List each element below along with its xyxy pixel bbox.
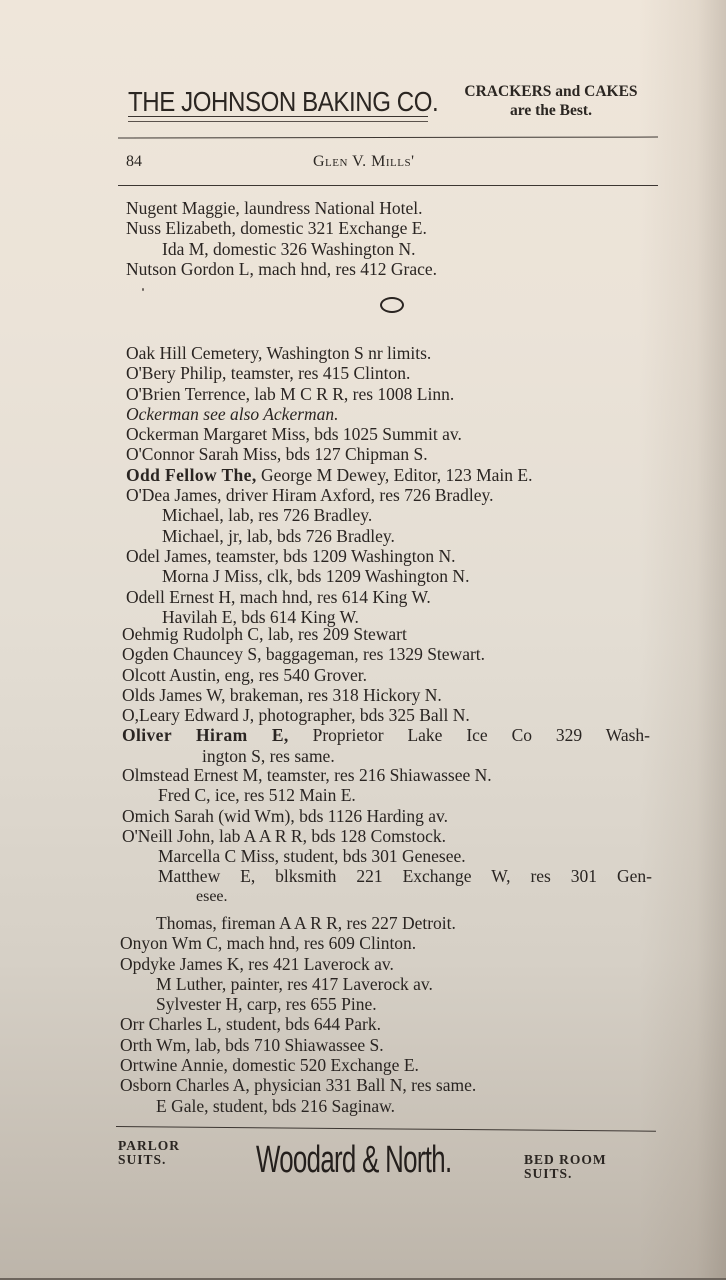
directory-entry: Michael, jr, lab, bds 726 Bradley. [126,526,666,546]
directory-entry: Opdyke James K, res 421 Laverock av. [120,954,660,974]
directory-entry: O'Brien Terrence, lab M C R R, res 1008 … [126,384,666,404]
directory-entry: Onyon Wm C, mach hnd, res 609 Clinton. [120,933,660,953]
directory-entry: Thomas, fireman A A R R, res 227 Detroit… [120,913,660,933]
directory-entry: Michael, lab, res 726 Bradley. [126,505,666,525]
right-label-line-2: SUITS. [524,1167,607,1181]
ornamental-underline [128,116,428,122]
directory-entries-o-continued: Oehmig Rudolph C, lab, res 209 Stewart O… [122,624,662,766]
directory-entry-bold: Odd Fellow The, George M Dewey, Editor, … [126,465,666,485]
directory-entry: Nutson Gordon L, mach hnd, res 412 Grace… [126,259,666,279]
right-label-line-1: BED ROOM [524,1153,607,1167]
header-divider-rule [118,137,658,139]
directory-entry: O'Bery Philip, teamster, res 415 Clinton… [126,363,666,383]
directory-entry: Oehmig Rudolph C, lab, res 209 Stewart [122,624,662,644]
entry-text: George M Dewey, Editor, 123 Main E. [257,465,533,485]
directory-entry: Oak Hill Cemetery, Washington S nr limit… [126,343,666,363]
directory-entry: O'Connor Sarah Miss, bds 127 Chipman S. [126,444,666,464]
directory-entry: Osborn Charles A, physician 331 Ball N, … [120,1075,660,1095]
running-head: 84 Glen V. Mills' [126,153,656,175]
entry-bold-name: Odd Fellow The, [126,465,257,485]
directory-entry: E Gale, student, bds 216 Saginaw. [120,1096,660,1116]
directory-entries-o-continued-3: Thomas, fireman A A R R, res 227 Detroit… [120,913,660,1116]
directory-entry: Ockerman Margaret Miss, bds 1025 Summit … [126,424,666,444]
footer-advertisement: PARLOR SUITS. Woodard & North. BED ROOM … [118,1137,658,1187]
directory-entry: Orr Charles L, student, bds 644 Park. [120,1014,660,1034]
directory-entry: O'Neill John, lab A A R R, bds 128 Comst… [122,826,662,846]
directory-entry: Odell Ernest H, mach hnd, res 614 King W… [126,587,666,607]
directory-entry: Omich Sarah (wid Wm), bds 1126 Harding a… [122,806,662,826]
slogan-line-1: CRACKERS and CAKES [441,82,661,101]
left-label-line-1: PARLOR [118,1139,180,1153]
page-number: 84 [126,153,142,171]
directory-entry-continuation: ington S, res same. [122,746,662,766]
directory-entry: Orth Wm, lab, bds 710 Shiawassee S. [120,1035,660,1055]
running-head-divider-rule [118,185,658,186]
directory-entry: Ida M, domestic 326 Washington N. [126,239,666,259]
directory-entries-o: Oak Hill Cemetery, Washington S nr limit… [126,343,666,627]
directory-entry: Morna J Miss, clk, bds 1209 Washington N… [126,566,666,586]
header-advertisement: THE JOHNSON BAKING CO. CRACKERS and CAKE… [128,80,660,132]
slogan-line-2: are the Best. [441,101,661,120]
directory-entry: Matthew E, blksmith 221 Exchange W, res … [122,866,652,886]
parlor-suits-label: PARLOR SUITS. [118,1139,180,1167]
print-speck [142,288,144,291]
directory-entry: Ogden Chauncey S, baggageman, res 1329 S… [122,644,662,664]
advertiser-name: THE JOHNSON BAKING CO. [128,86,438,118]
directory-entry-continuation: esee. [122,887,662,907]
directory-entry-bold: Oliver Hiram E, Proprietor Lake Ice Co 3… [122,725,650,745]
directory-entry: Marcella C Miss, student, bds 301 Genese… [122,846,662,866]
left-label-line-2: SUITS. [118,1153,180,1167]
directory-entries-n: Nugent Maggie, laundress National Hotel.… [126,198,666,359]
cross-reference-entry: Ockerman see also Ackerman. [126,404,666,424]
directory-entry: O'Dea James, driver Hiram Axford, res 72… [126,485,666,505]
directory-entry: Nuss Elizabeth, domestic 321 Exchange E. [126,218,666,238]
running-head-title: Glen V. Mills' [313,153,414,171]
section-letter-o: O [380,297,404,313]
directory-entry: Nugent Maggie, laundress National Hotel. [126,198,666,218]
advertiser-brand: Woodard & North. [256,1137,451,1183]
footer-divider-rule [116,1126,656,1132]
directory-entry: Ortwine Annie, domestic 520 Exchange E. [120,1055,660,1075]
directory-entry: Olmstead Ernest M, teamster, res 216 Shi… [122,765,662,785]
directory-entry: Odel James, teamster, bds 1209 Washingto… [126,546,666,566]
entry-bold-name: Oliver Hiram E, [122,725,289,745]
directory-entry: Fred C, ice, res 512 Main E. [122,785,662,805]
directory-entry: Sylvester H, carp, res 655 Pine. [120,994,660,1014]
directory-entry: Olcott Austin, eng, res 540 Grover. [122,665,662,685]
directory-entry: Olds James W, brakeman, res 318 Hickory … [122,685,662,705]
directory-entry: O,Leary Edward J, photographer, bds 325 … [122,705,662,725]
bedroom-suits-label: BED ROOM SUITS. [524,1153,607,1181]
directory-entries-o-continued-2: Olmstead Ernest M, teamster, res 216 Shi… [122,765,662,907]
entry-text: Proprietor Lake Ice Co 329 Wash- [289,725,650,745]
directory-entry: M Luther, painter, res 417 Laverock av. [120,974,660,994]
advertisement-slogan: CRACKERS and CAKES are the Best. [441,82,661,120]
